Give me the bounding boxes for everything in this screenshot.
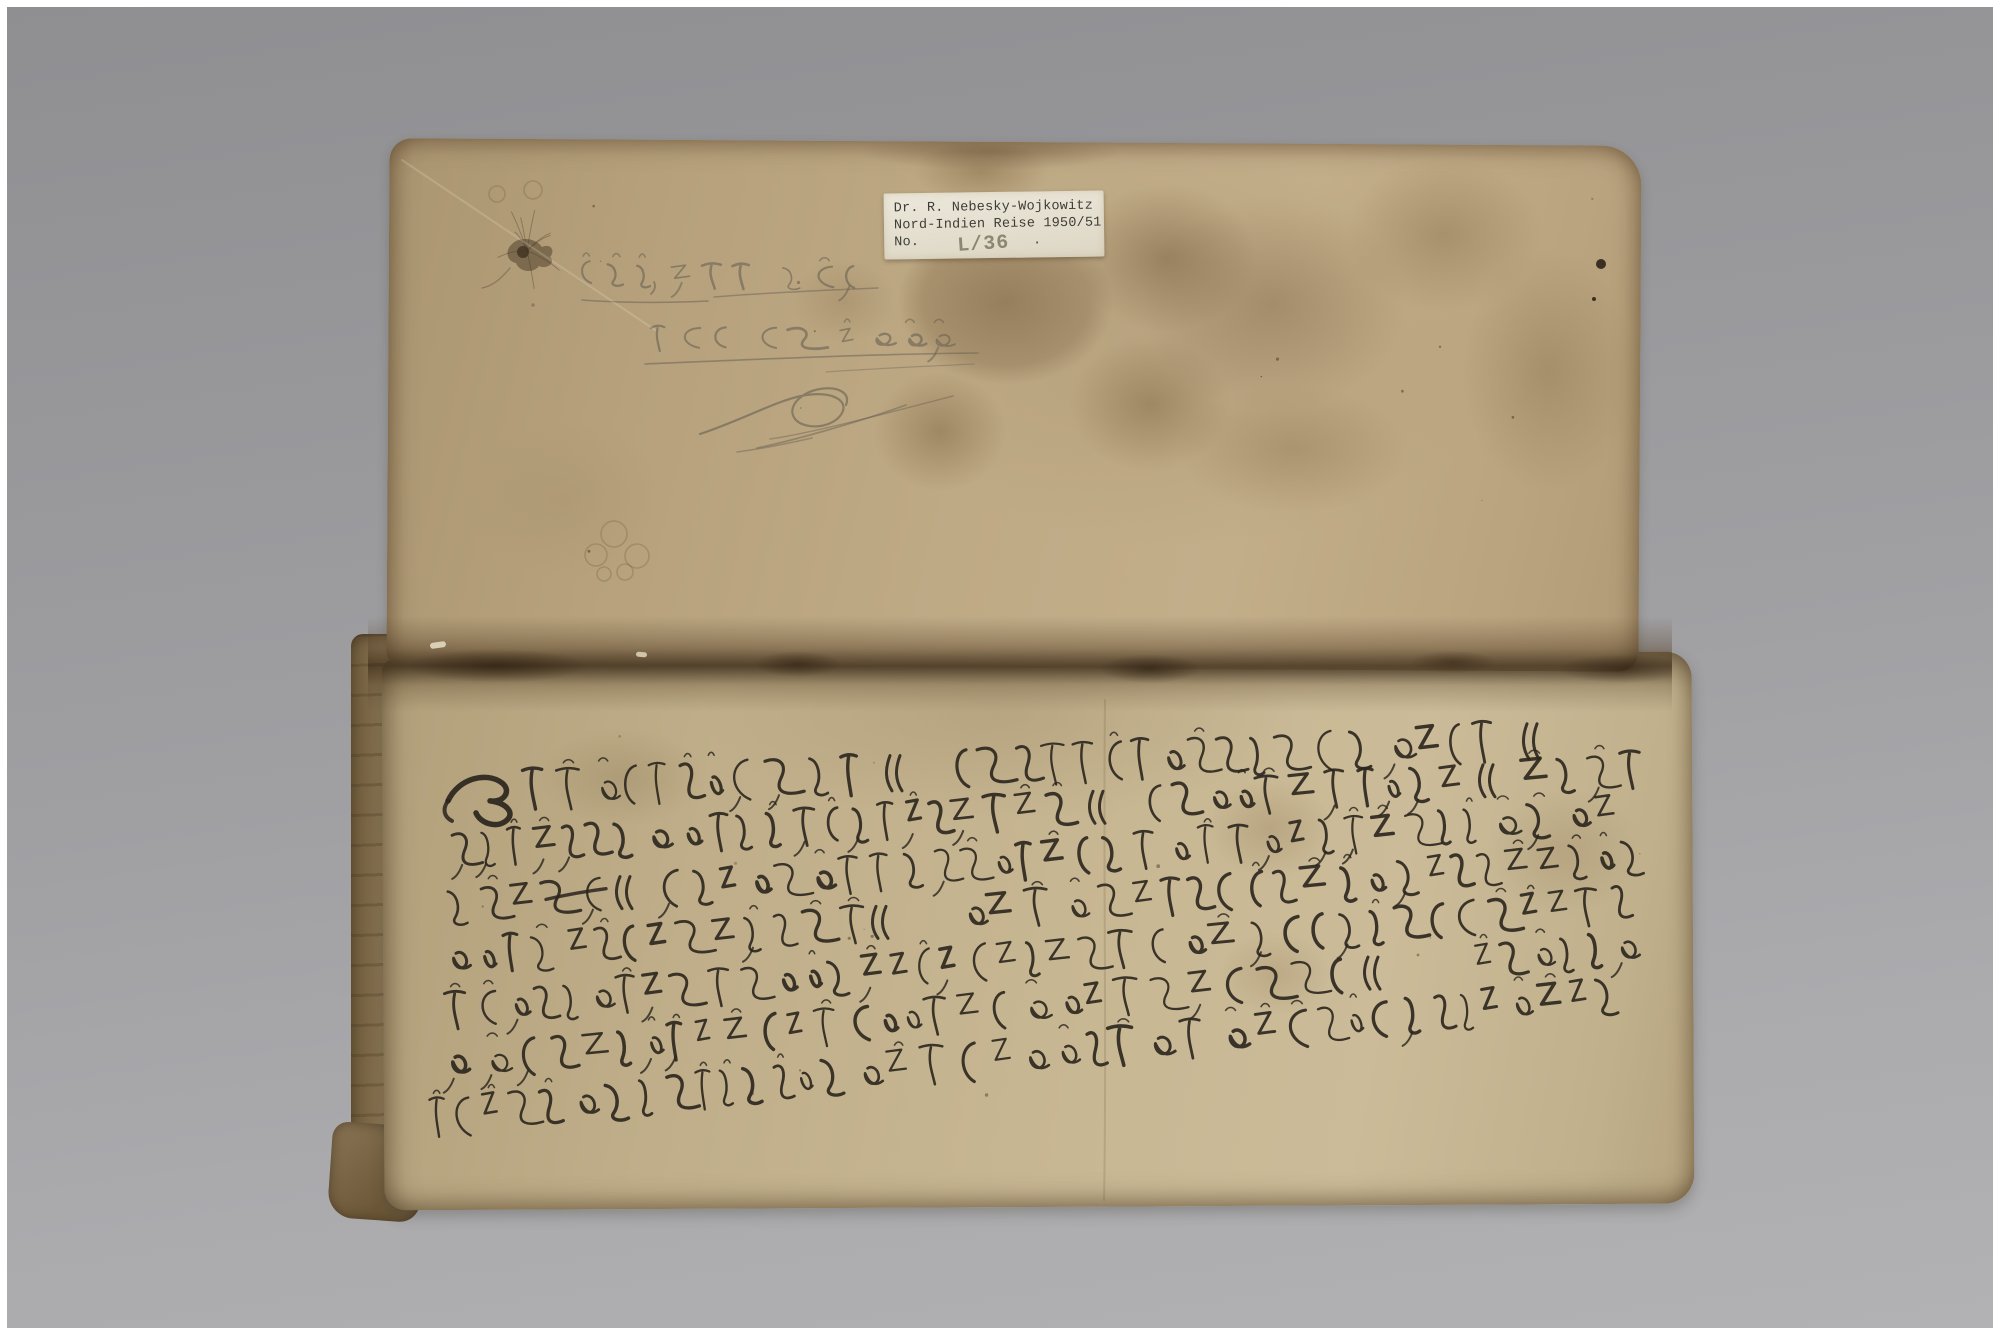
label-number-handwritten: L/36 [957, 236, 1010, 253]
collection-label: Dr. R. Nebesky-Wojkowitz Nord-Indien Rei… [884, 190, 1105, 259]
label-number-row: No. L/36 . [894, 232, 1094, 252]
label-typed-dot: . [1033, 232, 1042, 249]
label-no-prefix: No. [894, 234, 919, 251]
photograph-of-manuscript: { "scene": { "backdrop_top_color": "#8f8… [0, 0, 2000, 1335]
